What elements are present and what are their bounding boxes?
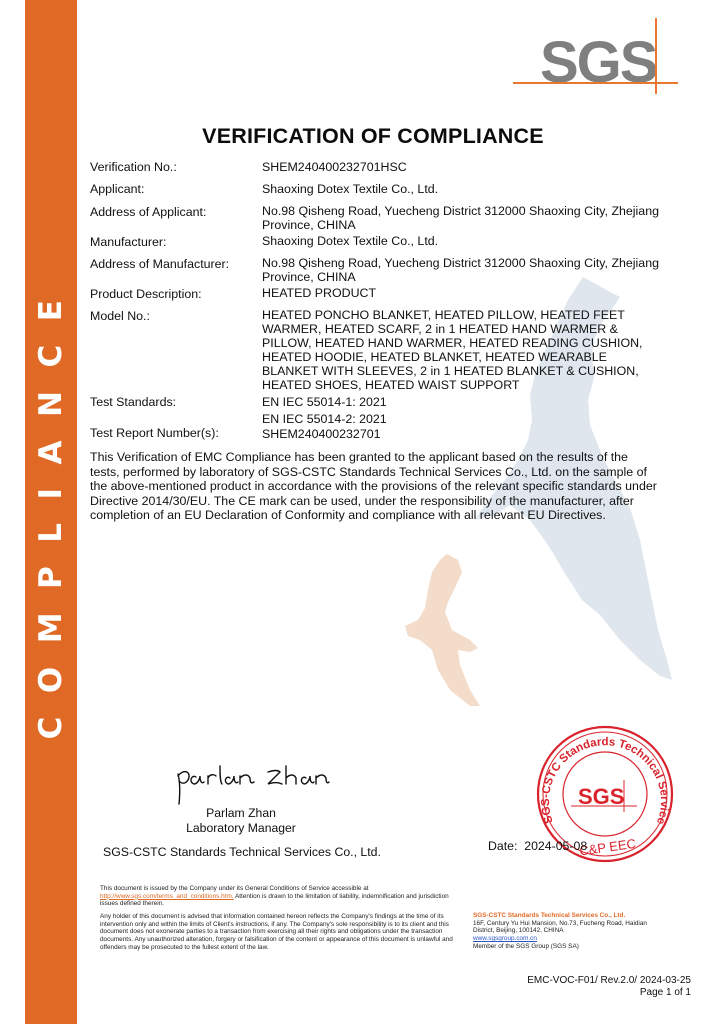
compliance-statement: This Verification of EMC Compliance has … (90, 450, 660, 523)
field-label: Verification No.: (90, 160, 177, 174)
stamp-ring-text: SGS-CSTC Standards Technical Services Co… (533, 722, 670, 826)
issuing-company: SGS-CSTC Standards Technical Services Co… (103, 845, 381, 859)
field-value: HEATED PONCHO BLANKET, HEATED PILLOW, HE… (262, 308, 662, 392)
website-link[interactable]: www.sgsgroup.com.cn (473, 935, 537, 942)
field-value: No.98 Qisheng Road, Yuecheng District 31… (262, 204, 662, 232)
date-label: Date: (488, 839, 517, 853)
signatory-name: Parlam Zhan (150, 806, 332, 820)
field-label: Address of Applicant: (90, 205, 206, 219)
terms-prefix: This document is issued by the Company u… (100, 885, 369, 892)
side-band-word: COMPLIANCE (33, 277, 69, 740)
terms-notice: This document is issued by the Company u… (100, 885, 462, 908)
sgs-logo: SGS (510, 16, 685, 96)
page-number: Page 1 of 1 (527, 987, 691, 999)
disclaimer: Any holder of this document is advised t… (100, 913, 462, 952)
field-value: HEATED PRODUCT (262, 286, 662, 300)
address-company: SGS-CSTC Standards Technical Services Co… (473, 912, 693, 920)
field-label: Test Report Number(s): (90, 426, 219, 440)
svg-text:SGS: SGS (540, 30, 657, 95)
handwritten-signature (170, 760, 330, 808)
issue-date: Date: 2024-05-08 (488, 839, 587, 853)
field-value: No.98 Qisheng Road, Yuecheng District 31… (262, 256, 662, 284)
field-label: Model No.: (90, 309, 150, 323)
field-value: Shaoxing Dotex Textile Co., Ltd. (262, 234, 662, 248)
form-reference: EMC-VOC-F01/ Rev.2.0/ 2024-03-25 Page 1 … (527, 975, 691, 999)
field-label: Product Description: (90, 287, 202, 301)
field-label: Applicant: (90, 182, 144, 196)
terms-link[interactable]: http://www.sgs.com/terms_and_conditions.… (100, 893, 234, 900)
company-address-block: SGS-CSTC Standards Technical Services Co… (473, 912, 693, 951)
svg-text:SGS-CSTC Standards Technical S: SGS-CSTC Standards Technical Services Co… (533, 722, 670, 826)
field-value: EN IEC 55014-1: 2021 EN IEC 55014-2: 202… (262, 394, 662, 428)
stamp-bottom-text: C&P EEC (578, 836, 636, 859)
field-label: Address of Manufacturer: (90, 257, 229, 271)
form-ref-code: EMC-VOC-F01/ Rev.2.0/ 2024-03-25 (527, 975, 691, 987)
date-value: 2024-05-08 (524, 839, 587, 853)
document-title: VERIFICATION OF COMPLIANCE (84, 124, 662, 149)
field-label: Test Standards: (90, 395, 176, 409)
signatory-title: Laboratory Manager (150, 821, 332, 835)
field-value: Shaoxing Dotex Textile Co., Ltd. (262, 182, 662, 196)
field-value: SHEM240400232701 (262, 427, 662, 441)
member-notice: Member of the SGS Group (SGS SA) (473, 943, 693, 951)
field-label: Manufacturer: (90, 235, 166, 249)
stamp-center: SGS (578, 784, 624, 809)
address-line-1: 16F, Century Yu Hui Mansion, No.73, Fuch… (473, 920, 693, 928)
field-value: SHEM240400232701HSC (262, 160, 662, 174)
address-line-2: District, Beijing, 100142, CHINA (473, 927, 693, 935)
